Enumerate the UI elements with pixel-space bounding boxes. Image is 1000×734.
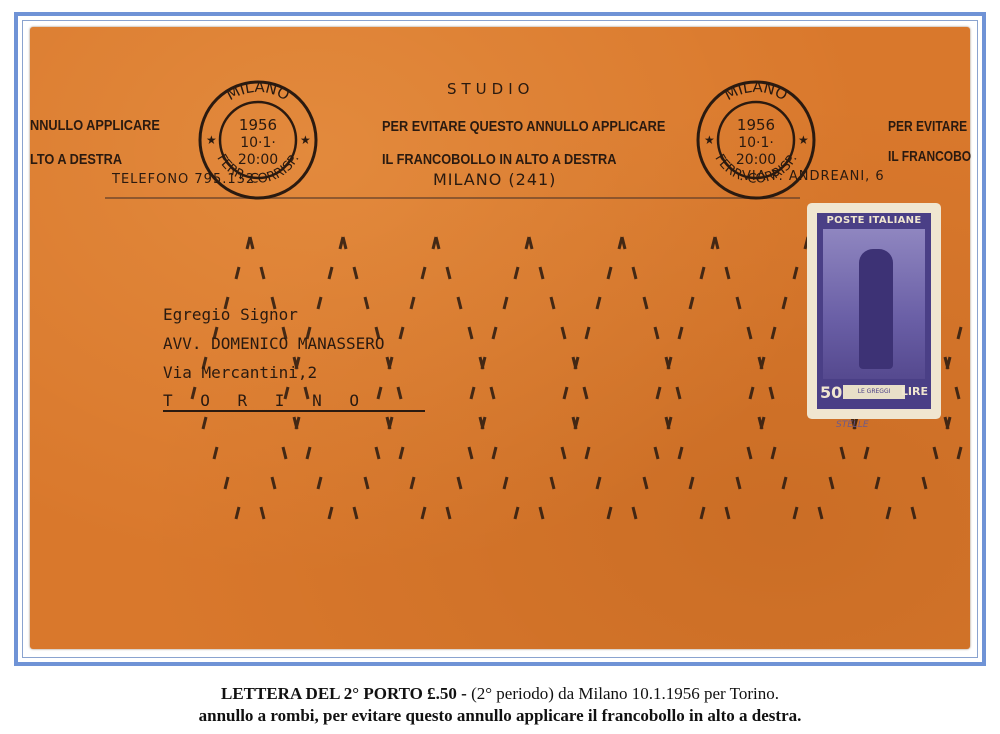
letterhead-city: MILANO (241) bbox=[433, 170, 556, 189]
addressee-salutation: Egregio Signor bbox=[163, 305, 298, 324]
svg-text:★: ★ bbox=[206, 133, 217, 147]
postmark-ring-icon: MILANO FERR. CORRISP. ★ ★ 1956 10·1· 20:… bbox=[196, 78, 320, 202]
addressee-city-underline bbox=[163, 410, 425, 412]
svg-text:MILANO: MILANO bbox=[223, 78, 292, 104]
svg-text:MILANO: MILANO bbox=[721, 78, 790, 104]
stamp-subject: LE GREGGI bbox=[843, 385, 905, 399]
letterhead-studio: STUDIO bbox=[447, 80, 534, 98]
svg-text:20:00: 20:00 bbox=[736, 152, 776, 168]
svg-text:10·1·: 10·1· bbox=[738, 135, 774, 151]
postmark-ring-icon: MILANO FERR. CORRISP. ★ ★ 1956 10·1· 20:… bbox=[694, 78, 818, 202]
stamp-currency: LIRE bbox=[901, 385, 928, 398]
machine-slogan-line2: IL FRANCOBOLLO IN ALTO A DESTRA bbox=[382, 151, 616, 168]
machine-slogan-line1: PER EVITARE QUESTO ANNULLO APPLICARE bbox=[382, 118, 665, 135]
stamp-design: POSTE ITALIANE 50 LE GREGGI LIRE bbox=[817, 213, 931, 409]
slogan-fragment-left-1: NNULLO APPLICARE bbox=[30, 117, 160, 134]
addressee-street: Via Mercantini,2 bbox=[163, 363, 317, 382]
album-caption: LETTERA DEL 2° PORTO £.50 - (2° periodo)… bbox=[0, 683, 1000, 727]
stamp-shepherd-image bbox=[823, 229, 925, 379]
slogan-fragment-right-1: PER EVITARE bbox=[888, 118, 967, 135]
caption-title: LETTERA DEL 2° PORTO £.50 - bbox=[221, 684, 467, 703]
svg-text:1956: 1956 bbox=[239, 116, 277, 134]
svg-text:1956: 1956 bbox=[737, 116, 775, 134]
addressee-name: AVV. DOMENICO MANASSERO bbox=[163, 334, 385, 353]
postmark-left: MILANO FERR. CORRISP. ★ ★ 1956 10·1· 20:… bbox=[196, 78, 320, 202]
addressee-city: T O R I N O bbox=[163, 391, 368, 410]
svg-text:20:00: 20:00 bbox=[238, 152, 278, 168]
pencil-note: STELLE bbox=[836, 420, 869, 430]
shepherd-figure-icon bbox=[859, 249, 893, 369]
caption-details: (2° periodo) da Milano 10.1.1956 per Tor… bbox=[467, 684, 779, 703]
stamp-value: 50 bbox=[820, 383, 842, 402]
svg-text:★: ★ bbox=[300, 133, 311, 147]
postmark-right: MILANO FERR. CORRISP. ★ ★ 1956 10·1· 20:… bbox=[694, 78, 818, 202]
svg-text:★: ★ bbox=[798, 133, 809, 147]
svg-text:★: ★ bbox=[704, 133, 715, 147]
slogan-fragment-left-2: LTO A DESTRA bbox=[30, 151, 122, 168]
caption-line-1: LETTERA DEL 2° PORTO £.50 - (2° periodo)… bbox=[0, 683, 1000, 705]
caption-line-2: annullo a rombi, per evitare questo annu… bbox=[0, 705, 1000, 727]
postage-stamp: POSTE ITALIANE 50 LE GREGGI LIRE bbox=[810, 206, 938, 416]
stamp-country: POSTE ITALIANE bbox=[817, 215, 931, 226]
slogan-fragment-right-2: IL FRANCOBO bbox=[888, 148, 971, 165]
svg-text:10·1·: 10·1· bbox=[240, 135, 276, 151]
